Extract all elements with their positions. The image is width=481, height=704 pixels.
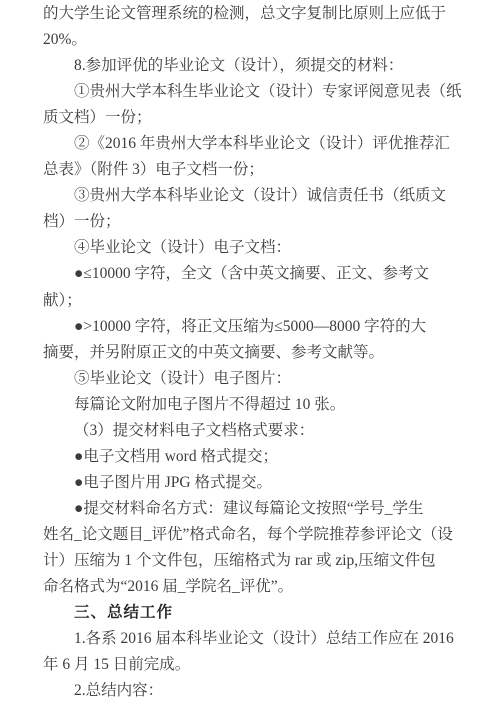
- document-line: 1.各系 2016 届本科毕业论文（设计）总结工作应在 2016: [43, 626, 443, 652]
- document-line: 20%。: [43, 27, 443, 53]
- document-line: ●提交材料命名方式：建议每篇论文按照“学号_学生: [43, 496, 443, 522]
- document-line: 计）压缩为 1 个文件包，压缩格式为 rar 或 zip,压缩文件包: [43, 548, 443, 574]
- document-line: ●≤10000 字符，全文（含中英文摘要、正文、参考文: [43, 261, 443, 287]
- document-line: ●电子图片用 JPG 格式提交。: [43, 470, 443, 496]
- document-line: ①贵州大学本科生毕业论文（设计）专家评阅意见表（纸: [43, 79, 443, 105]
- document-line: ⑤毕业论文（设计）电子图片：: [43, 366, 443, 392]
- document-body: 的大学生论文管理系统的检测，总文字复制比原则上应低于20%。8.参加评优的毕业论…: [43, 1, 443, 704]
- document-line: 总表》（附件 3）电子文档一份；: [43, 157, 443, 183]
- document-line: ②《2016 年贵州大学本科毕业论文（设计）评优推荐汇: [43, 131, 443, 157]
- document-line: 姓名_论文题目_评优”格式命名，每个学院推荐参评论文（设: [43, 522, 443, 548]
- document-line: 档）一份；: [43, 209, 443, 235]
- document-line: 的大学生论文管理系统的检测，总文字复制比原则上应低于: [43, 1, 443, 27]
- document-line: 献）；: [43, 288, 443, 314]
- document-line: 年 6 月 15 日前完成。: [43, 652, 443, 678]
- document-line: ④毕业论文（设计）电子文档：: [43, 235, 443, 261]
- document-line: （3）提交材料电子文档格式要求：: [43, 418, 443, 444]
- document-line: 2.总结内容：: [43, 678, 443, 704]
- document-line: ●电子文档用 word 格式提交；: [43, 444, 443, 470]
- document-line: 摘要，并另附原正文的中英文摘要、参考文献等。: [43, 340, 443, 366]
- document-line: 命名格式为“2016 届_学院名_评优”。: [43, 574, 443, 600]
- document-line: 8.参加评优的毕业论文（设计），须提交的材料：: [43, 53, 443, 79]
- document-line: ●>10000 字符，将正文压缩为≤5000—8000 字符的大: [43, 314, 443, 340]
- section-heading: 三、总结工作: [43, 600, 443, 626]
- document-line: 每篇论文附加电子图片不得超过 10 张。: [43, 392, 443, 418]
- document-line: 质文档）一份；: [43, 105, 443, 131]
- document-page: 的大学生论文管理系统的检测，总文字复制比原则上应低于20%。8.参加评优的毕业论…: [0, 0, 481, 704]
- document-line: ③贵州大学本科毕业论文（设计）诚信责任书（纸质文: [43, 183, 443, 209]
